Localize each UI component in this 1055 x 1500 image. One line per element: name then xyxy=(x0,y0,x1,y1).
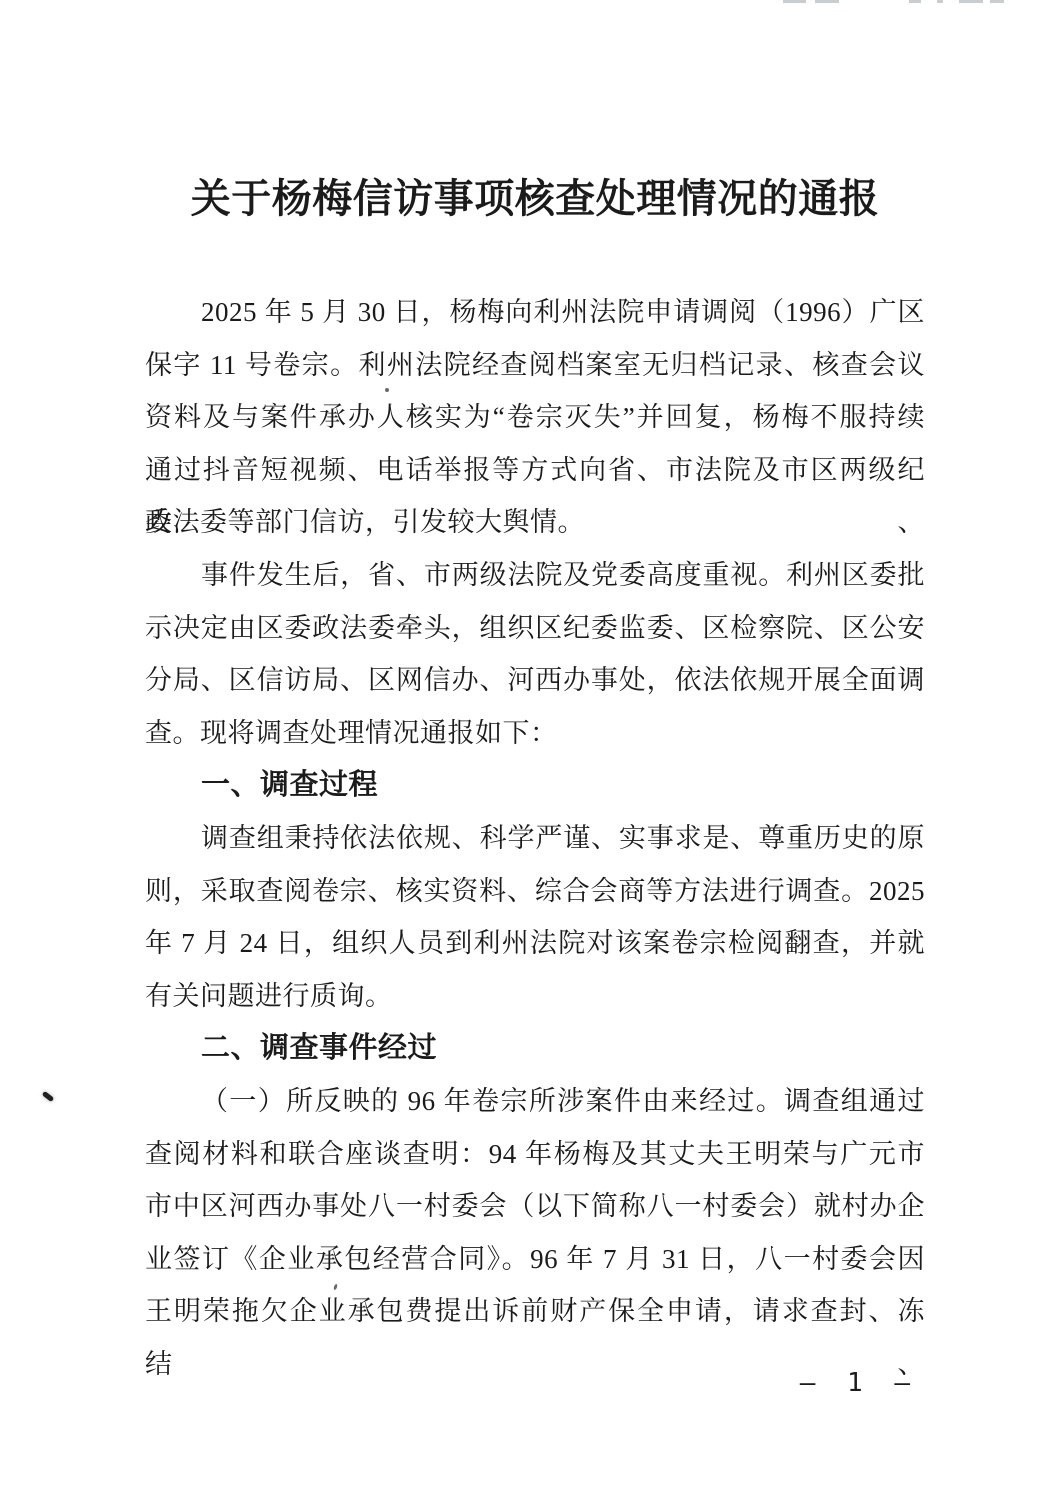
paragraph-line: 分局、区信访局、区网信办、河西办事处，依法依规开展全面调 xyxy=(145,654,925,707)
paragraph-line: 通过抖音短视频、电话举报等方式向省、市法院及市区两级纪委、 xyxy=(145,444,925,497)
paragraph-line: 王明荣拖欠企业承包费提出诉前财产保全申请，请求查封、冻结、 xyxy=(145,1285,925,1338)
paragraph-line: 业签订《企业承包经营合同》。96 年 7 月 31 日，八一村委会因 xyxy=(145,1233,925,1286)
paragraph-line: 则，采取查阅卷宗、核实资料、综合会商等方法进行调查。2025 xyxy=(145,865,925,918)
paragraph: 调查组秉持依法依规、科学严谨、实事求是、尊重历史的原 则，采取查阅卷宗、核实资料… xyxy=(145,812,925,1022)
scanned-document-page: 关于杨梅信访事项核查处理情况的通报 2025 年 5 月 30 日，杨梅向利州法… xyxy=(0,0,1055,1500)
document-title: 关于杨梅信访事项核查处理情况的通报 xyxy=(145,170,925,228)
paragraph: 2025 年 5 月 30 日，杨梅向利州法院申请调阅（1996）广区 保字 1… xyxy=(145,286,925,549)
scan-artifact-dash xyxy=(937,0,943,3)
paragraph: （一）所反映的 96 年卷宗所涉案件由来经过。调查组通过 查阅材料和联合座谈查明… xyxy=(145,1075,925,1338)
paragraph-line: 事件发生后，省、市两级法院及党委高度重视。利州区委批 xyxy=(145,549,925,602)
page-number: — 1 — xyxy=(800,1368,918,1398)
paragraph-line: （一）所反映的 96 年卷宗所涉案件由来经过。调查组通过 xyxy=(145,1075,925,1128)
scan-artifact-ink-mark xyxy=(42,1091,55,1102)
paragraph-line: 有关问题进行质询。 xyxy=(145,970,925,1023)
document-content: 关于杨梅信访事项核查处理情况的通报 2025 年 5 月 30 日，杨梅向利州法… xyxy=(145,0,925,1338)
paragraph-line: 调查组秉持依法依规、科学严谨、实事求是、尊重历史的原 xyxy=(145,812,925,865)
paragraph-line: 市中区河西办事处八一村委会（以下简称八一村委会）就村办企 xyxy=(145,1180,925,1233)
paragraph-line: 资料及与案件承办人核实为“卷宗灭失”并回复，杨梅不服持续 xyxy=(145,391,925,444)
paragraph-line: 查。现将调查处理情况通报如下： xyxy=(145,707,925,760)
scan-artifact-dash xyxy=(959,0,983,3)
section-heading: 二、调查事件经过 xyxy=(145,1022,925,1075)
paragraph-line: 保字 11 号卷宗。利州法院经查阅档案室无归档记录、核查会议 xyxy=(145,339,925,392)
scan-artifact-dash xyxy=(990,0,1004,3)
document-body: 2025 年 5 月 30 日，杨梅向利州法院申请调阅（1996）广区 保字 1… xyxy=(145,286,925,1338)
paragraph: 事件发生后，省、市两级法院及党委高度重视。利州区委批 示决定由区委政法委牵头，组… xyxy=(145,549,925,759)
paragraph-line: 2025 年 5 月 30 日，杨梅向利州法院申请调阅（1996）广区 xyxy=(145,286,925,339)
paragraph-line: 示决定由区委政法委牵头，组织区纪委监委、区检察院、区公安 xyxy=(145,602,925,655)
section-heading: 一、调查过程 xyxy=(145,759,925,812)
paragraph-line: 年 7 月 24 日，组织人员到利州法院对该案卷宗检阅翻查，并就 xyxy=(145,917,925,970)
paragraph-line: 查阅材料和联合座谈查明：94 年杨梅及其丈夫王明荣与广元市 xyxy=(145,1128,925,1181)
